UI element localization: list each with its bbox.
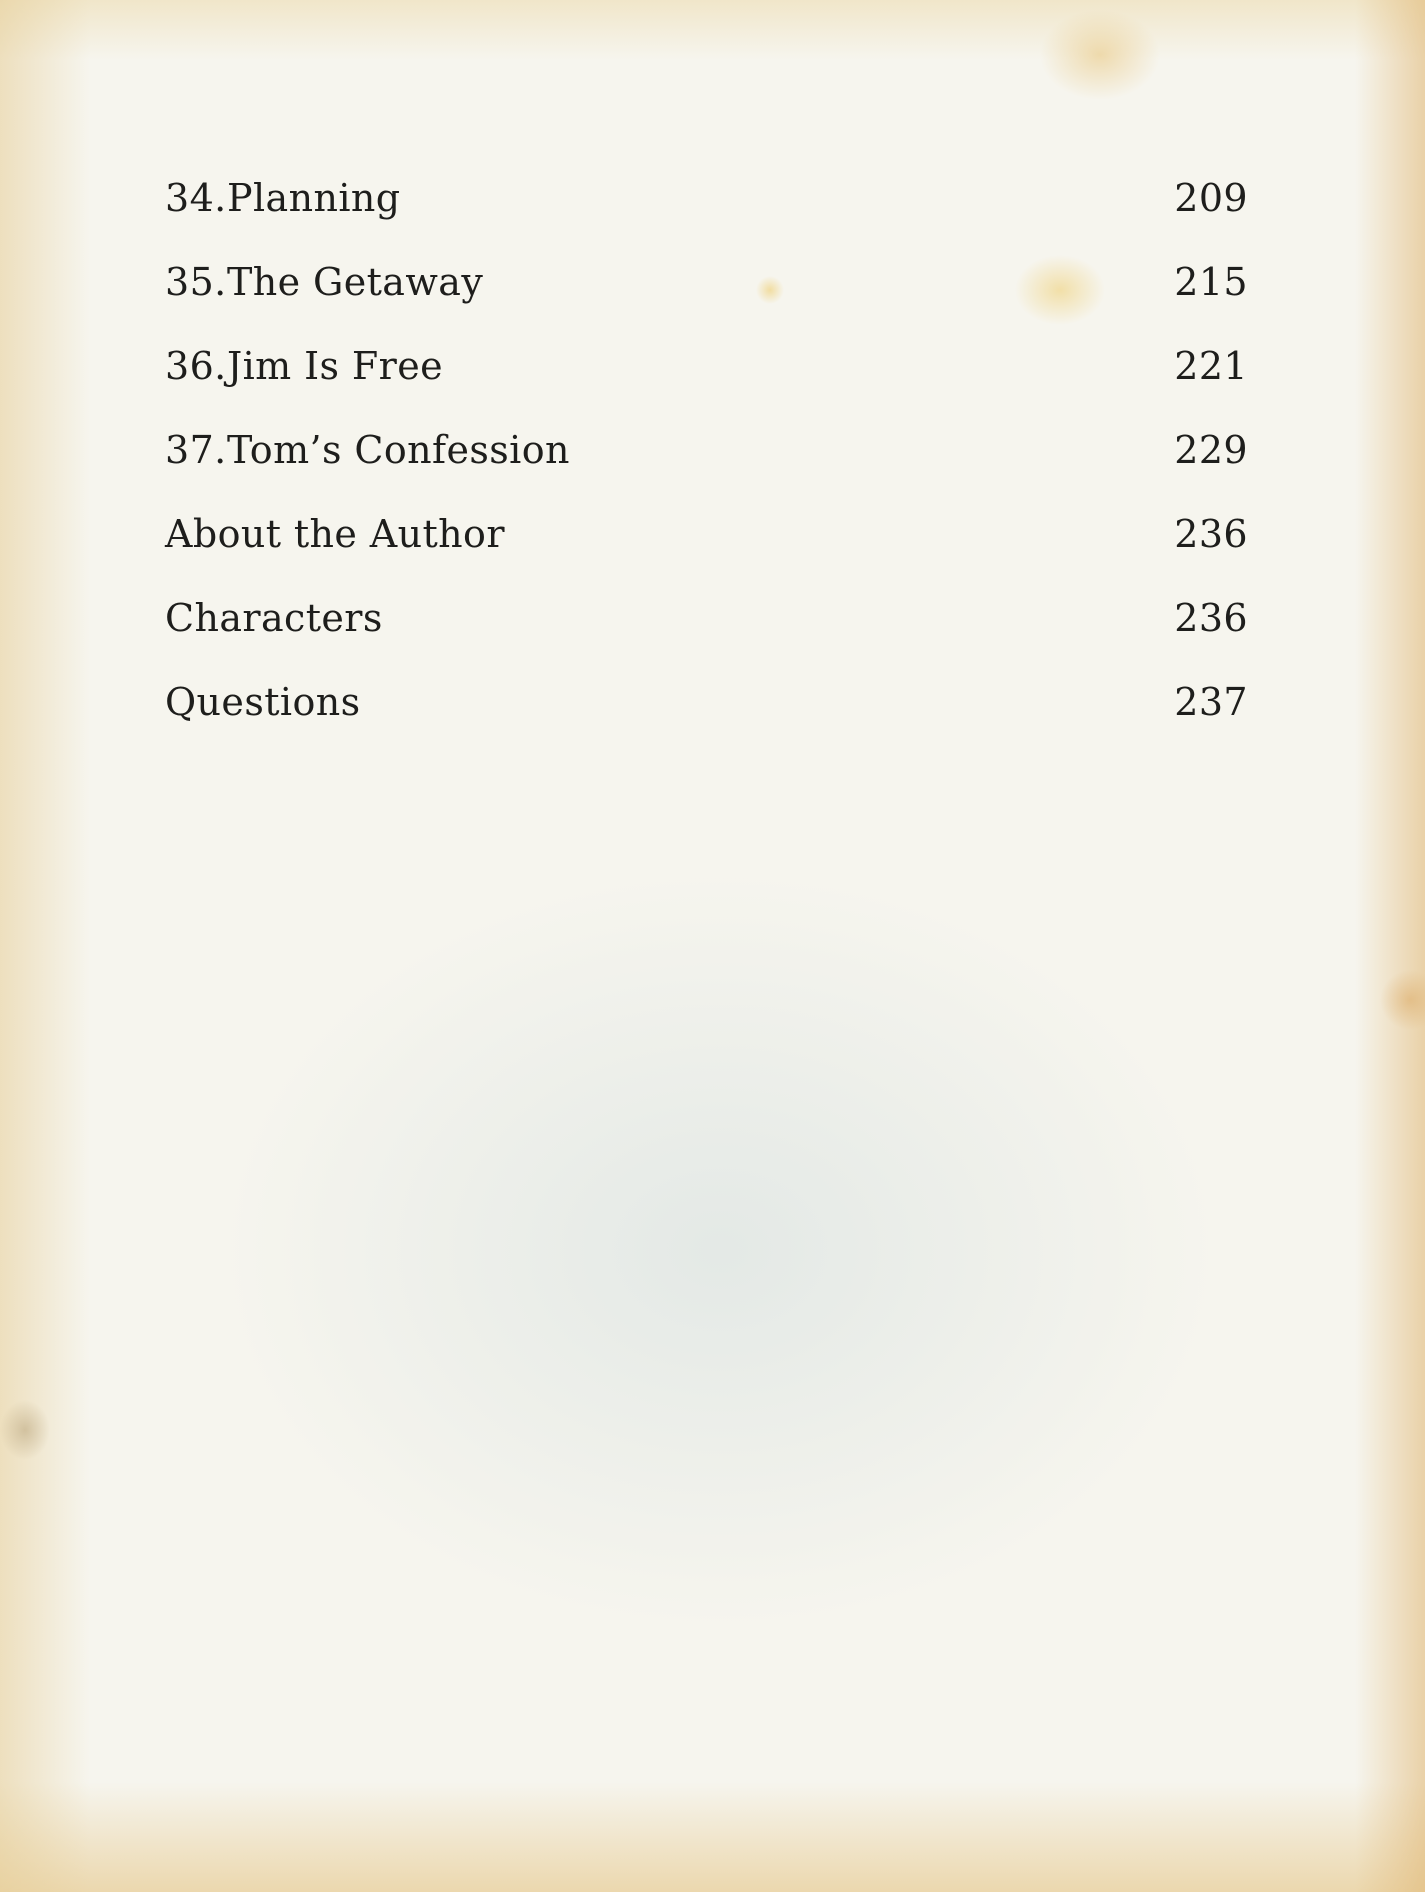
toc-entry-title: About the Author	[165, 512, 505, 556]
toc-entry-jim-is-free: 36.Jim Is Free 221	[165, 344, 1248, 428]
toc-entry-planning: 34.Planning 209	[165, 176, 1248, 260]
toc-entry-the-getaway: 35.The Getaway 215	[165, 260, 1248, 344]
toc-entry-title: 36.Jim Is Free	[165, 344, 443, 388]
chapter-title: Planning	[227, 176, 400, 220]
chapter-number: 35.	[165, 260, 227, 304]
book-page: 34.Planning 209 35.The Getaway 215 36.Ji…	[0, 0, 1425, 1892]
chapter-number: 34.	[165, 176, 227, 220]
toc-entry-toms-confession: 37.Tom’s Confession 229	[165, 428, 1248, 512]
chapter-number: 36.	[165, 344, 227, 388]
table-of-contents: 34.Planning 209 35.The Getaway 215 36.Ji…	[165, 176, 1248, 764]
page-number: 236	[1174, 596, 1248, 640]
page-number: 215	[1174, 260, 1248, 304]
chapter-number: 37.	[165, 428, 227, 472]
toc-entry-title: 35.The Getaway	[165, 260, 483, 304]
page-number: 229	[1174, 428, 1248, 472]
toc-entry-title: Characters	[165, 596, 383, 640]
toc-entry-title: Questions	[165, 680, 361, 724]
chapter-title: Tom’s Confession	[227, 428, 570, 472]
toc-entry-about-the-author: About the Author 236	[165, 512, 1248, 596]
page-number: 236	[1174, 512, 1248, 556]
toc-entry-questions: Questions 237	[165, 680, 1248, 764]
page-number: 209	[1174, 176, 1248, 220]
toc-entry-title: 34.Planning	[165, 176, 400, 220]
chapter-title: Jim Is Free	[227, 344, 443, 388]
chapter-title: The Getaway	[227, 260, 483, 304]
toc-entry-characters: Characters 236	[165, 596, 1248, 680]
page-number: 237	[1174, 680, 1248, 724]
toc-entry-title: 37.Tom’s Confession	[165, 428, 570, 472]
page-number: 221	[1174, 344, 1248, 388]
